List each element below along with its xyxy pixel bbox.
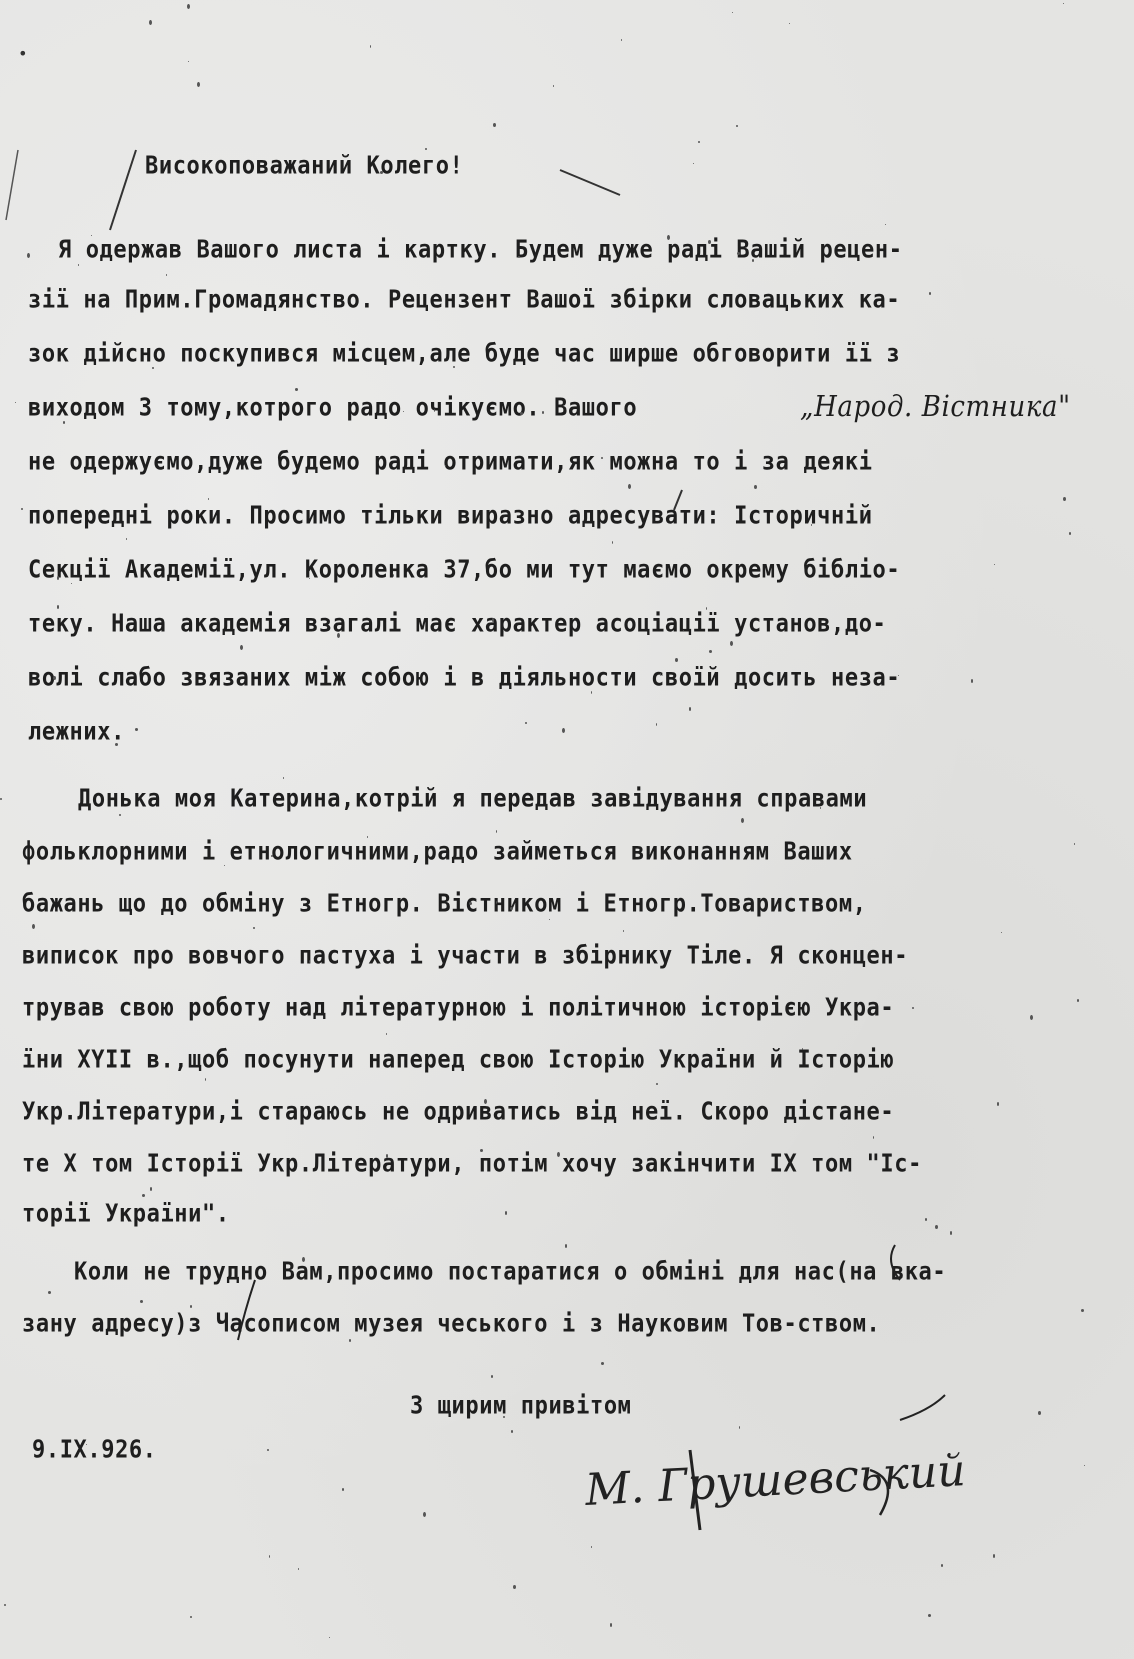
scan-speck bbox=[187, 4, 190, 9]
scan-speck bbox=[57, 576, 59, 580]
scan-speck bbox=[736, 125, 738, 127]
scan-speck bbox=[190, 1305, 192, 1308]
scan-speck bbox=[15, 402, 16, 403]
scan-speck bbox=[513, 1585, 516, 1589]
scan-speck bbox=[492, 618, 494, 622]
scan-speck bbox=[119, 814, 121, 816]
scan-speck bbox=[271, 855, 273, 857]
scan-speck bbox=[27, 253, 30, 258]
scan-speck bbox=[873, 1136, 874, 1139]
scan-speck bbox=[898, 675, 899, 676]
scan-speck bbox=[53, 676, 56, 680]
scan-speck bbox=[434, 409, 435, 412]
scan-speck bbox=[925, 1218, 927, 1221]
salutation: Високоповажаний Колего! bbox=[145, 152, 463, 180]
scan-speck bbox=[445, 465, 446, 467]
scan-speck bbox=[591, 1546, 592, 1548]
scan-speck bbox=[941, 1564, 943, 1567]
scan-speck bbox=[57, 605, 59, 609]
scan-speck bbox=[518, 256, 520, 258]
scan-speck bbox=[730, 641, 733, 646]
scan-speck bbox=[535, 680, 536, 683]
scan-speck bbox=[754, 485, 757, 489]
scan-speck bbox=[386, 1033, 387, 1035]
text-line-17: Укр.Літератури,і стараюсь не одриватись … bbox=[22, 1098, 894, 1126]
scan-speck bbox=[1038, 1411, 1041, 1415]
scan-speck bbox=[63, 421, 65, 424]
scan-speck bbox=[140, 1300, 143, 1303]
scan-speck bbox=[525, 722, 527, 724]
scan-speck bbox=[453, 366, 455, 368]
handwritten-insert: „Народ. Вістника" bbox=[800, 390, 1071, 424]
scan-speck bbox=[91, 235, 92, 236]
scan-speck bbox=[393, 574, 394, 577]
scan-speck bbox=[150, 1187, 152, 1191]
scan-speck bbox=[188, 61, 189, 62]
scan-speck bbox=[565, 1244, 567, 1248]
scan-speck bbox=[166, 274, 167, 276]
scan-speck bbox=[601, 1362, 604, 1365]
scan-speck bbox=[302, 1257, 305, 1262]
text-line-13: бажань що до обміну з Етногр. Вістником … bbox=[22, 890, 867, 918]
scan-speck bbox=[994, 564, 995, 565]
scanned-letter-page: • Високоповажаний Колего! Я одержав Вашо… bbox=[0, 0, 1134, 1659]
scan-speck bbox=[370, 45, 371, 48]
text-line-4: виходом 3 тому,котрого радо очікуємо. Ва… bbox=[28, 394, 637, 422]
text-line-11: Донька моя Катерина,котрій я передав зав… bbox=[78, 785, 867, 813]
scan-speck bbox=[675, 658, 678, 662]
scan-speck bbox=[950, 1231, 952, 1235]
scan-speck bbox=[21, 508, 23, 510]
text-line-18: те X том Історії Укр.Літератури, потім х… bbox=[22, 1150, 922, 1178]
scan-speck bbox=[115, 743, 118, 746]
text-line-3: зок дійсно поскупився місцем,але буде ча… bbox=[28, 340, 900, 368]
scan-speck bbox=[656, 1083, 658, 1085]
scan-speck bbox=[496, 901, 497, 904]
scan-speck bbox=[737, 252, 740, 255]
scan-speck bbox=[732, 12, 733, 13]
scan-speck bbox=[912, 1007, 914, 1009]
scan-speck bbox=[997, 1102, 999, 1106]
text-line-12: фольклорними і етнологичними,радо займет… bbox=[22, 838, 853, 866]
scan-speck bbox=[993, 1554, 995, 1558]
scan-speck bbox=[693, 163, 694, 164]
text-line-16: їни XYII в.,щоб посунути наперед свою Іс… bbox=[22, 1046, 894, 1074]
scan-speck bbox=[623, 930, 624, 932]
scan-speck bbox=[811, 524, 812, 526]
scan-speck bbox=[549, 919, 550, 920]
scan-speck bbox=[709, 650, 712, 653]
scan-speck bbox=[0, 798, 2, 800]
scan-speck bbox=[628, 484, 631, 489]
scan-speck bbox=[935, 1225, 938, 1229]
scan-speck bbox=[197, 82, 200, 87]
scan-speck bbox=[1084, 1465, 1085, 1466]
scan-speck bbox=[1063, 3, 1064, 4]
scan-speck bbox=[789, 23, 790, 24]
scan-speck bbox=[1081, 1309, 1084, 1312]
scan-speck bbox=[142, 1194, 145, 1197]
text-line-1: Я одержав Вашого листа і картку. Будем д… bbox=[58, 236, 903, 264]
signature: М. Грушевський bbox=[584, 1445, 967, 1516]
scan-speck bbox=[423, 1512, 426, 1517]
scan-speck bbox=[205, 1078, 206, 1081]
text-line-19: торії України". bbox=[22, 1200, 230, 1228]
scan-speck bbox=[752, 259, 754, 262]
text-line-8: теку. Наша академія взагалі має характер… bbox=[28, 610, 886, 638]
scan-speck bbox=[660, 673, 661, 676]
text-line-6: попередні роки. Просимо тільки виразно а… bbox=[28, 502, 873, 530]
scan-speck bbox=[71, 583, 72, 584]
scan-speck bbox=[1074, 843, 1075, 845]
scan-speck bbox=[135, 728, 138, 731]
date: 9.IX.926. bbox=[32, 1436, 157, 1464]
scan-speck bbox=[505, 1211, 507, 1215]
scan-speck bbox=[337, 633, 340, 638]
scan-speck bbox=[224, 865, 225, 866]
scan-speck bbox=[698, 141, 700, 143]
text-line-21: зану адресу)з Часописом музея чеського і… bbox=[22, 1310, 880, 1338]
scan-speck bbox=[557, 1152, 560, 1157]
scan-speck bbox=[208, 498, 209, 500]
scan-speck bbox=[295, 388, 298, 391]
scan-speck bbox=[591, 691, 592, 694]
scan-speck bbox=[78, 264, 79, 266]
scan-speck bbox=[253, 927, 255, 929]
scan-speck bbox=[491, 1375, 493, 1378]
scan-speck bbox=[349, 1339, 351, 1342]
scan-speck bbox=[1030, 1015, 1033, 1020]
scan-speck bbox=[298, 1568, 299, 1570]
scan-speck bbox=[542, 411, 544, 414]
scan-speck bbox=[152, 367, 154, 369]
scan-speck bbox=[1077, 999, 1079, 1002]
scan-speck bbox=[240, 645, 243, 650]
scan-speck bbox=[656, 723, 657, 726]
scan-speck bbox=[683, 630, 684, 631]
scan-speck bbox=[149, 20, 152, 25]
scan-speck bbox=[1063, 497, 1066, 501]
text-line-5: не одержуємо,дуже будемо раді отримати,я… bbox=[28, 448, 873, 476]
text-line-15: трував свою роботу над літературною і по… bbox=[22, 994, 894, 1022]
scan-speck bbox=[553, 85, 554, 87]
scan-speck bbox=[511, 1430, 513, 1433]
scan-speck bbox=[621, 39, 622, 41]
text-line-14: виписок про вовчого пастуха і участи в з… bbox=[22, 942, 908, 970]
text-line-2: зії на Прим.Громадянство. Рецензент Вашо… bbox=[28, 286, 900, 314]
scan-speck bbox=[309, 578, 310, 579]
scan-speck bbox=[380, 171, 383, 174]
scan-speck bbox=[329, 1637, 330, 1638]
scan-speck bbox=[342, 1488, 344, 1491]
scan-speck bbox=[425, 148, 427, 150]
scan-speck bbox=[309, 960, 310, 963]
scan-speck bbox=[610, 1623, 612, 1627]
scan-speck bbox=[4, 1604, 6, 1606]
scan-speck bbox=[612, 541, 613, 544]
scan-speck bbox=[562, 728, 565, 733]
scan-speck bbox=[267, 1449, 269, 1451]
scan-speck bbox=[929, 292, 931, 295]
scan-speck bbox=[32, 924, 35, 929]
scan-speck bbox=[403, 411, 404, 412]
scan-speck bbox=[496, 830, 497, 833]
scan-speck bbox=[48, 1291, 51, 1294]
text-line-7: Секції Академії,ул. Короленка 37,бо ми т… bbox=[28, 556, 900, 584]
scan-speck bbox=[820, 807, 821, 809]
scan-speck bbox=[739, 1426, 740, 1429]
scan-speck bbox=[510, 907, 513, 910]
scan-speck bbox=[386, 1154, 388, 1158]
scan-speck bbox=[971, 679, 973, 683]
scan-speck bbox=[885, 224, 886, 225]
scan-speck bbox=[708, 240, 711, 244]
scan-speck bbox=[469, 902, 472, 905]
scan-speck bbox=[667, 235, 670, 240]
text-line-20: Коли не трудно Вам,просимо постаратися о… bbox=[74, 1258, 946, 1286]
scan-speck bbox=[802, 1048, 803, 1050]
scan-speck bbox=[190, 1616, 192, 1618]
scan-speck bbox=[928, 1614, 931, 1617]
scan-speck bbox=[741, 818, 744, 823]
scan-speck bbox=[367, 836, 368, 838]
scan-speck bbox=[520, 412, 523, 415]
scan-speck bbox=[493, 123, 496, 127]
scan-speck bbox=[86, 1444, 87, 1445]
text-line-9: волі слабо звязаних між собою і в діяльн… bbox=[28, 664, 900, 692]
corner-mark: • bbox=[18, 44, 28, 63]
scan-speck bbox=[689, 707, 691, 711]
scan-speck bbox=[484, 1099, 487, 1104]
scan-speck bbox=[601, 457, 603, 459]
scan-speck bbox=[503, 1416, 505, 1418]
text-line-10: лежних. bbox=[28, 718, 125, 746]
closing: З щирим привітом bbox=[410, 1392, 632, 1420]
scan-speck bbox=[1069, 532, 1071, 535]
scan-speck bbox=[283, 777, 284, 779]
scan-speck bbox=[706, 607, 707, 610]
scan-speck bbox=[269, 1555, 270, 1558]
scan-speck bbox=[126, 538, 127, 540]
scan-speck bbox=[1001, 932, 1002, 933]
scan-speck bbox=[480, 1149, 483, 1152]
